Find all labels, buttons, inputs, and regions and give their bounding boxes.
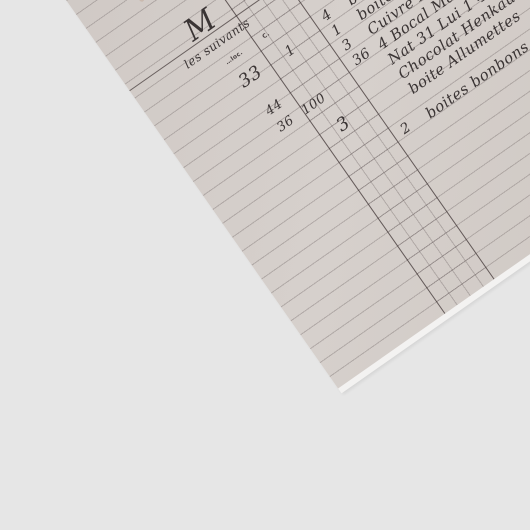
paper-sheet: 4, Rue de l'… M Blazeix a le 30 Janvier … (0, 0, 530, 393)
printed-invoice-surface: 4, Rue de l'… M Blazeix a le 30 Janvier … (0, 0, 530, 388)
product-photo: 4, Rue de l'… M Blazeix a le 30 Janvier … (0, 0, 530, 530)
